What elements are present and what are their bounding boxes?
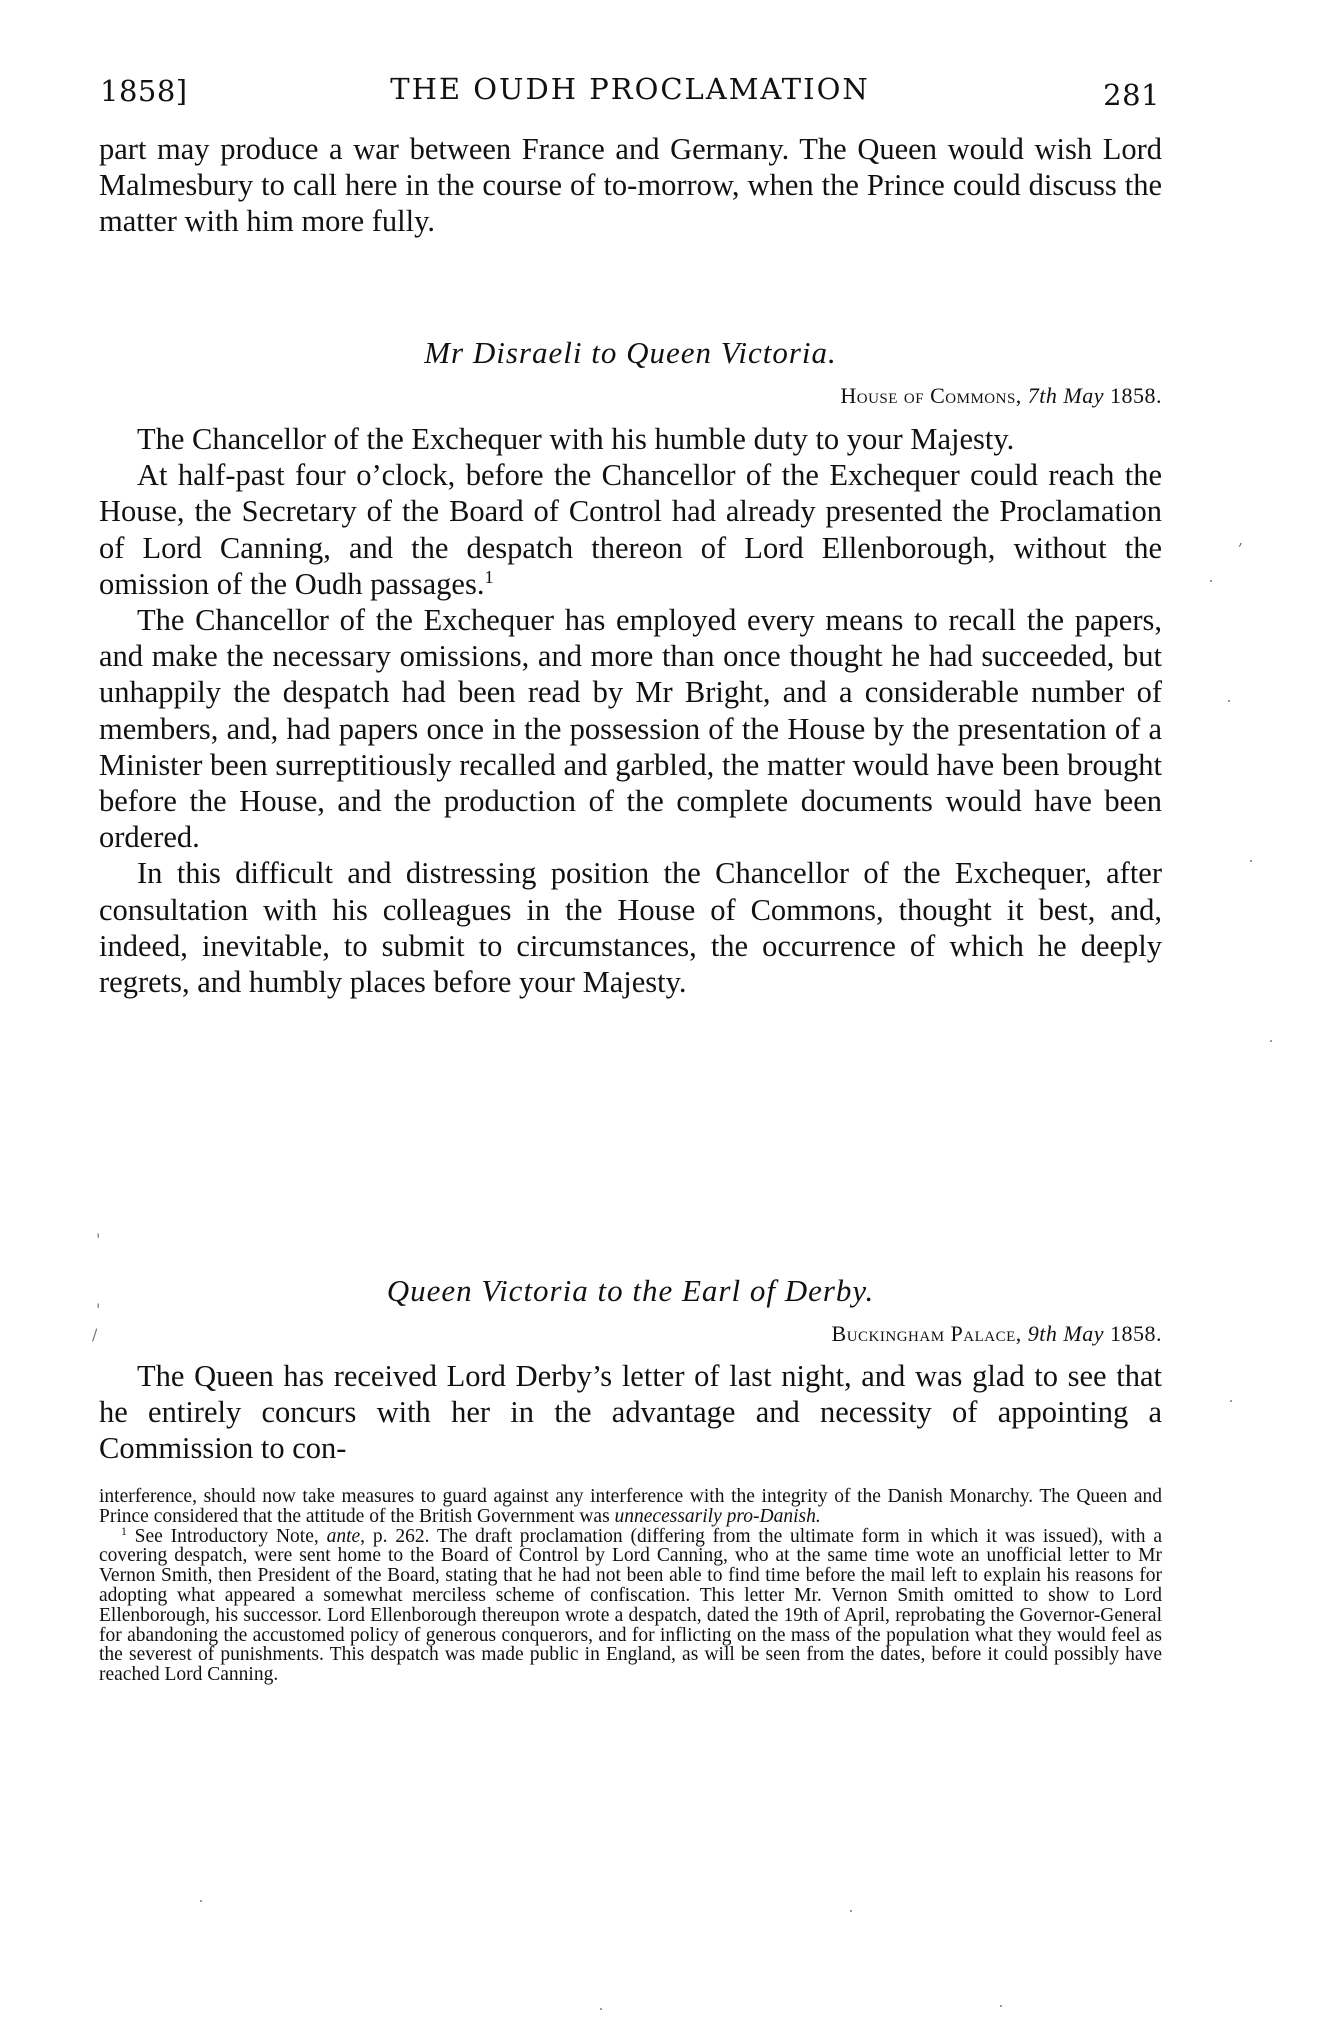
footnote-continued: interference, should now take measures t… xyxy=(99,1487,1162,1527)
scan-mark: / xyxy=(92,1325,97,1344)
scan-speckle xyxy=(200,1900,202,1902)
letter-1-dateline: House of Commons, 7th May 1858. xyxy=(840,383,1162,409)
scan-speckle xyxy=(1210,580,1212,582)
letter-2-title: Queen Victoria to the Earl of Derby. xyxy=(99,1273,1162,1309)
running-head: 1858] THE OUDH PROCLAMATION 281 xyxy=(100,72,1160,116)
letter-2-place: Buckingham Palace, xyxy=(832,1321,1022,1346)
letter-1-title: Mr Disraeli to Queen Victoria. xyxy=(99,335,1162,371)
running-head-title: THE OUDH PROCLAMATION xyxy=(100,72,1160,106)
scan-speckle xyxy=(1250,860,1252,862)
letter-1-day: 7th May xyxy=(1028,383,1104,408)
document-page: 1858] THE OUDH PROCLAMATION 281 part may… xyxy=(0,0,1343,2029)
page-number: 281 xyxy=(1103,78,1160,112)
letter-1-place: House of Commons, xyxy=(840,383,1021,408)
letter-2-year: 1858. xyxy=(1110,1321,1162,1346)
scan-speckle xyxy=(1230,1400,1232,1402)
letter-2-body: The Queen has received Lord Derby’s lett… xyxy=(99,1358,1162,1467)
scan-speckle xyxy=(600,2008,602,2010)
letter-1-paragraph: In this difficult and distressing positi… xyxy=(99,855,1162,1000)
letter-1-body: The Chancellor of the Exchequer with his… xyxy=(99,421,1162,1000)
scan-speckle xyxy=(1228,700,1230,702)
intro-paragraph-block: part may produce a war between France an… xyxy=(99,131,1162,240)
scan-mark: ' xyxy=(96,1230,100,1249)
letter-2-day: 9th May xyxy=(1028,1321,1104,1346)
letter-2-paragraph: The Queen has received Lord Derby’s lett… xyxy=(99,1358,1162,1467)
scan-mark: ' xyxy=(96,1300,100,1319)
intro-paragraph: part may produce a war between France an… xyxy=(99,131,1162,240)
scan-speckle xyxy=(1000,2005,1002,2007)
scan-speckle xyxy=(1270,1040,1272,1042)
letter-1-paragraph: The Chancellor of the Exchequer with his… xyxy=(99,421,1162,457)
letter-1-year: 1858. xyxy=(1110,383,1162,408)
letter-1-paragraph: The Chancellor of the Exchequer has empl… xyxy=(99,602,1162,855)
footnote-1: 1 See Introductory Note, ante, p. 262. T… xyxy=(99,1527,1162,1685)
scan-speckle xyxy=(850,1910,852,1912)
footnotes: interference, should now take measures t… xyxy=(99,1487,1162,1685)
letter-1-paragraph: At half-past four o’clock, before the Ch… xyxy=(99,457,1162,602)
letter-2-dateline: Buckingham Palace, 9th May 1858. xyxy=(832,1321,1162,1347)
footnote-reference[interactable]: 1 xyxy=(484,567,493,587)
scan-mark: , xyxy=(1238,530,1243,549)
